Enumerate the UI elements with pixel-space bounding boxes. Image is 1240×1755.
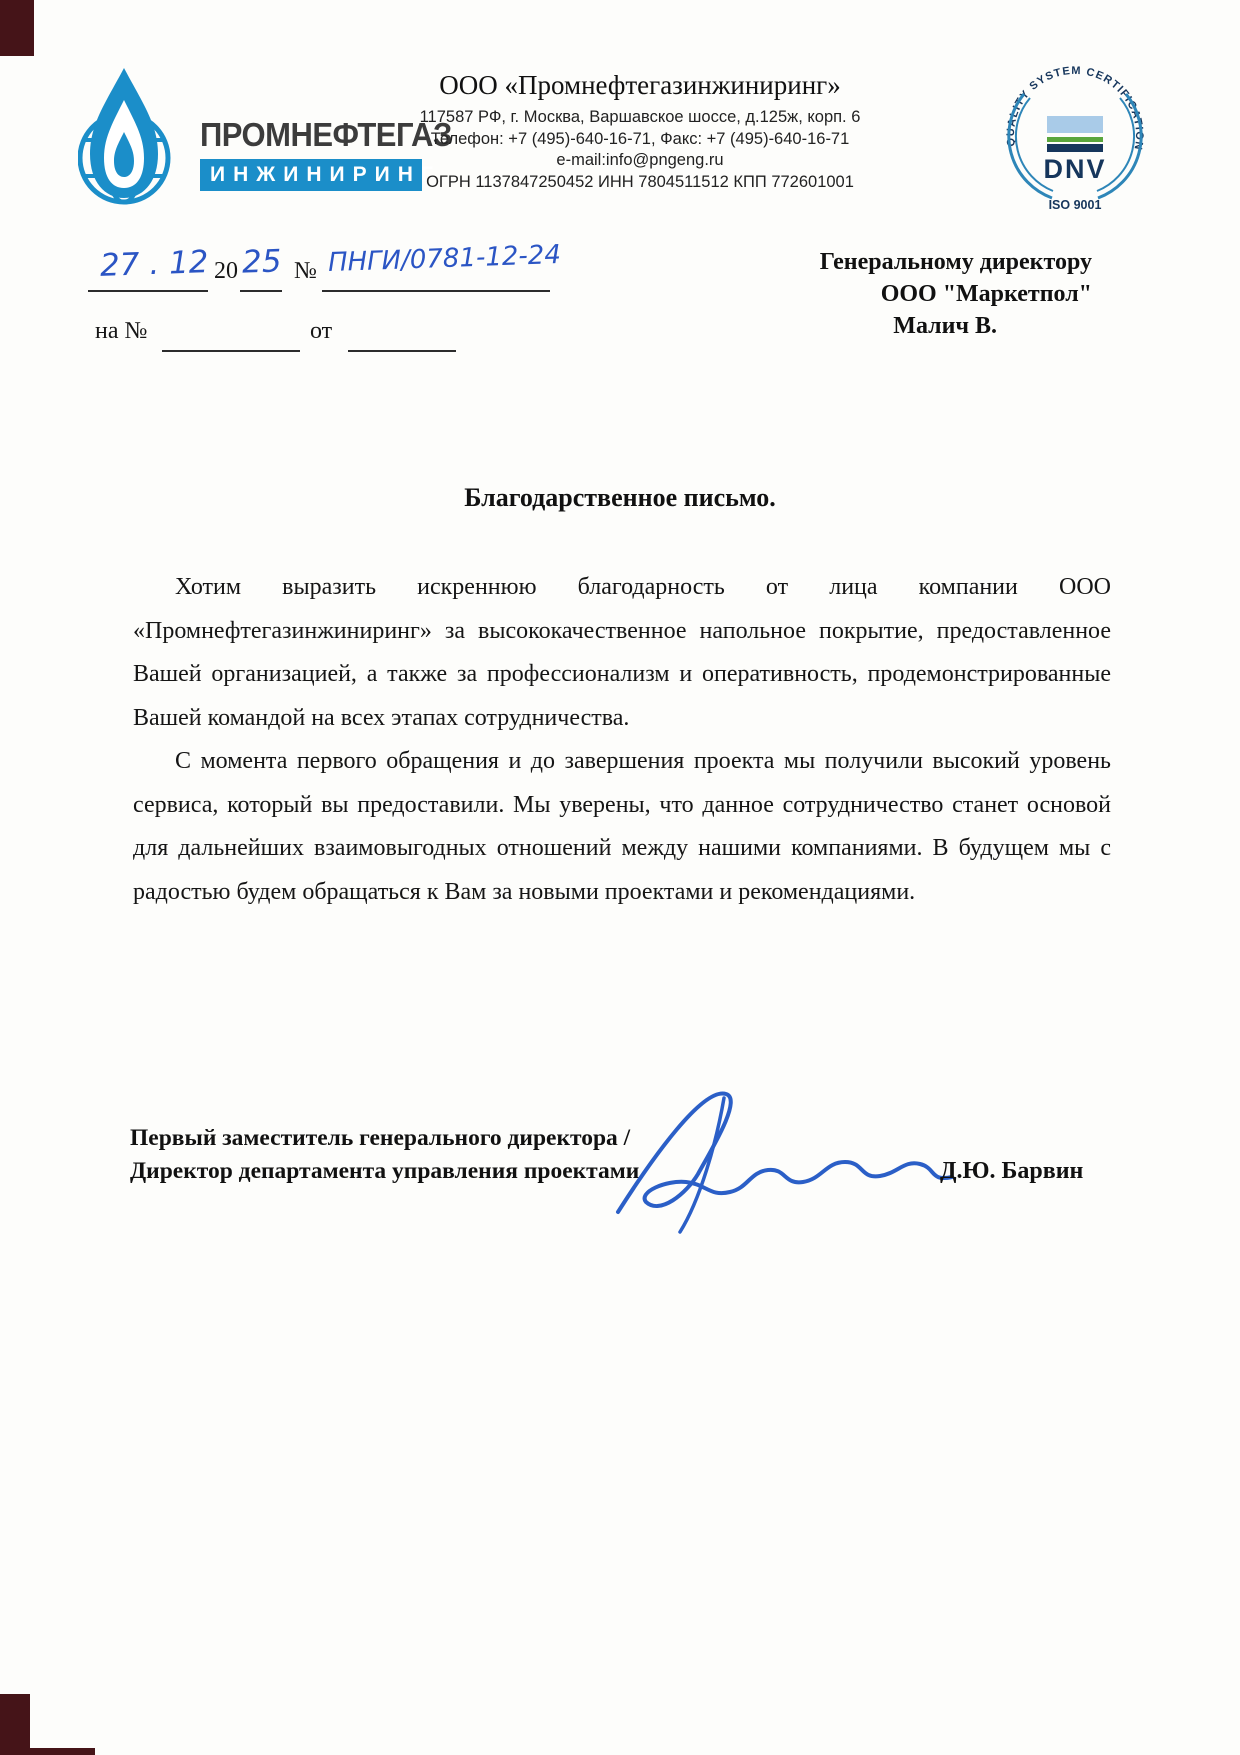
dnv-bar-lightblue bbox=[1047, 116, 1103, 133]
dnv-iso-label: ISO 9001 bbox=[1049, 198, 1102, 212]
recipient-position: Генеральному директору bbox=[700, 246, 1092, 278]
handwritten-signature bbox=[598, 1082, 968, 1237]
company-registration-numbers: ОГРН 1137847250452 ИНН 7804511512 КПП 77… bbox=[398, 172, 882, 194]
dnv-iso9001-certification-badge: QUALITY SYSTEM CERTIFICATION DNV ISO 900… bbox=[995, 56, 1155, 216]
logo-name-top: ПРОМНЕФТЕГАЗ bbox=[200, 116, 422, 155]
handwritten-year: 25 bbox=[241, 243, 282, 280]
dnv-bar-navy bbox=[1047, 144, 1103, 152]
reply-from-label: от bbox=[310, 318, 332, 345]
number-sign: № bbox=[294, 258, 317, 285]
company-address: 117587 РФ, г. Москва, Варшавское шоссе, … bbox=[398, 107, 882, 129]
company-logo-text: ПРОМНЕФТЕГАЗ ИНЖИНИРИНГ bbox=[200, 116, 422, 191]
handwritten-outgoing-number: ПНГИ/0781-12-24 bbox=[328, 240, 562, 278]
scan-artifact-top-left bbox=[0, 0, 34, 56]
reply-date-underline bbox=[348, 350, 456, 352]
letter-paragraph: Хотим выразить искреннюю благодарность о… bbox=[133, 566, 1111, 740]
company-logo-flame-globe-icon bbox=[78, 66, 178, 206]
reply-to-label: на № bbox=[95, 318, 147, 345]
logo-name-bottom: ИНЖИНИРИНГ bbox=[200, 159, 422, 191]
printed-year-prefix: 20 bbox=[214, 258, 238, 285]
company-name: ООО «Промнефтегазинжиниринг» bbox=[398, 70, 882, 101]
date-underline bbox=[88, 290, 208, 292]
recipient-person: Малич В. bbox=[700, 310, 1092, 342]
dnv-bar-green bbox=[1047, 137, 1103, 142]
number-underline bbox=[322, 290, 550, 292]
letter-body: Хотим выразить искреннюю благодарность о… bbox=[133, 566, 1111, 914]
letter-title: Благодарственное письмо. bbox=[0, 483, 1240, 513]
reply-number-underline bbox=[162, 350, 300, 352]
recipient-block: Генеральному директору ООО "Маркетпол" М… bbox=[700, 246, 1092, 342]
letter-document: { "header": { "logo": { "line1": "ПРОМНЕ… bbox=[0, 0, 1240, 1755]
company-phone-fax: Телефон: +7 (495)-640-16-71, Факс: +7 (4… bbox=[398, 129, 882, 151]
company-email: e-mail:info@pngeng.ru bbox=[398, 150, 882, 172]
scan-artifact-bottom-left bbox=[0, 1694, 30, 1755]
dnv-label: DNV bbox=[1043, 154, 1106, 184]
recipient-company: ООО "Маркетпол" bbox=[700, 278, 1092, 310]
year-underline bbox=[240, 290, 282, 292]
signer-name: Д.Ю. Барвин bbox=[940, 1158, 1083, 1185]
letterhead-center-block: ООО «Промнефтегазинжиниринг» 117587 РФ, … bbox=[398, 70, 882, 193]
scan-artifact-bottom-edge bbox=[0, 1748, 95, 1755]
letter-paragraph: С момента первого обращения и до заверше… bbox=[133, 740, 1111, 914]
handwritten-date: 27 . 12 bbox=[99, 244, 209, 284]
